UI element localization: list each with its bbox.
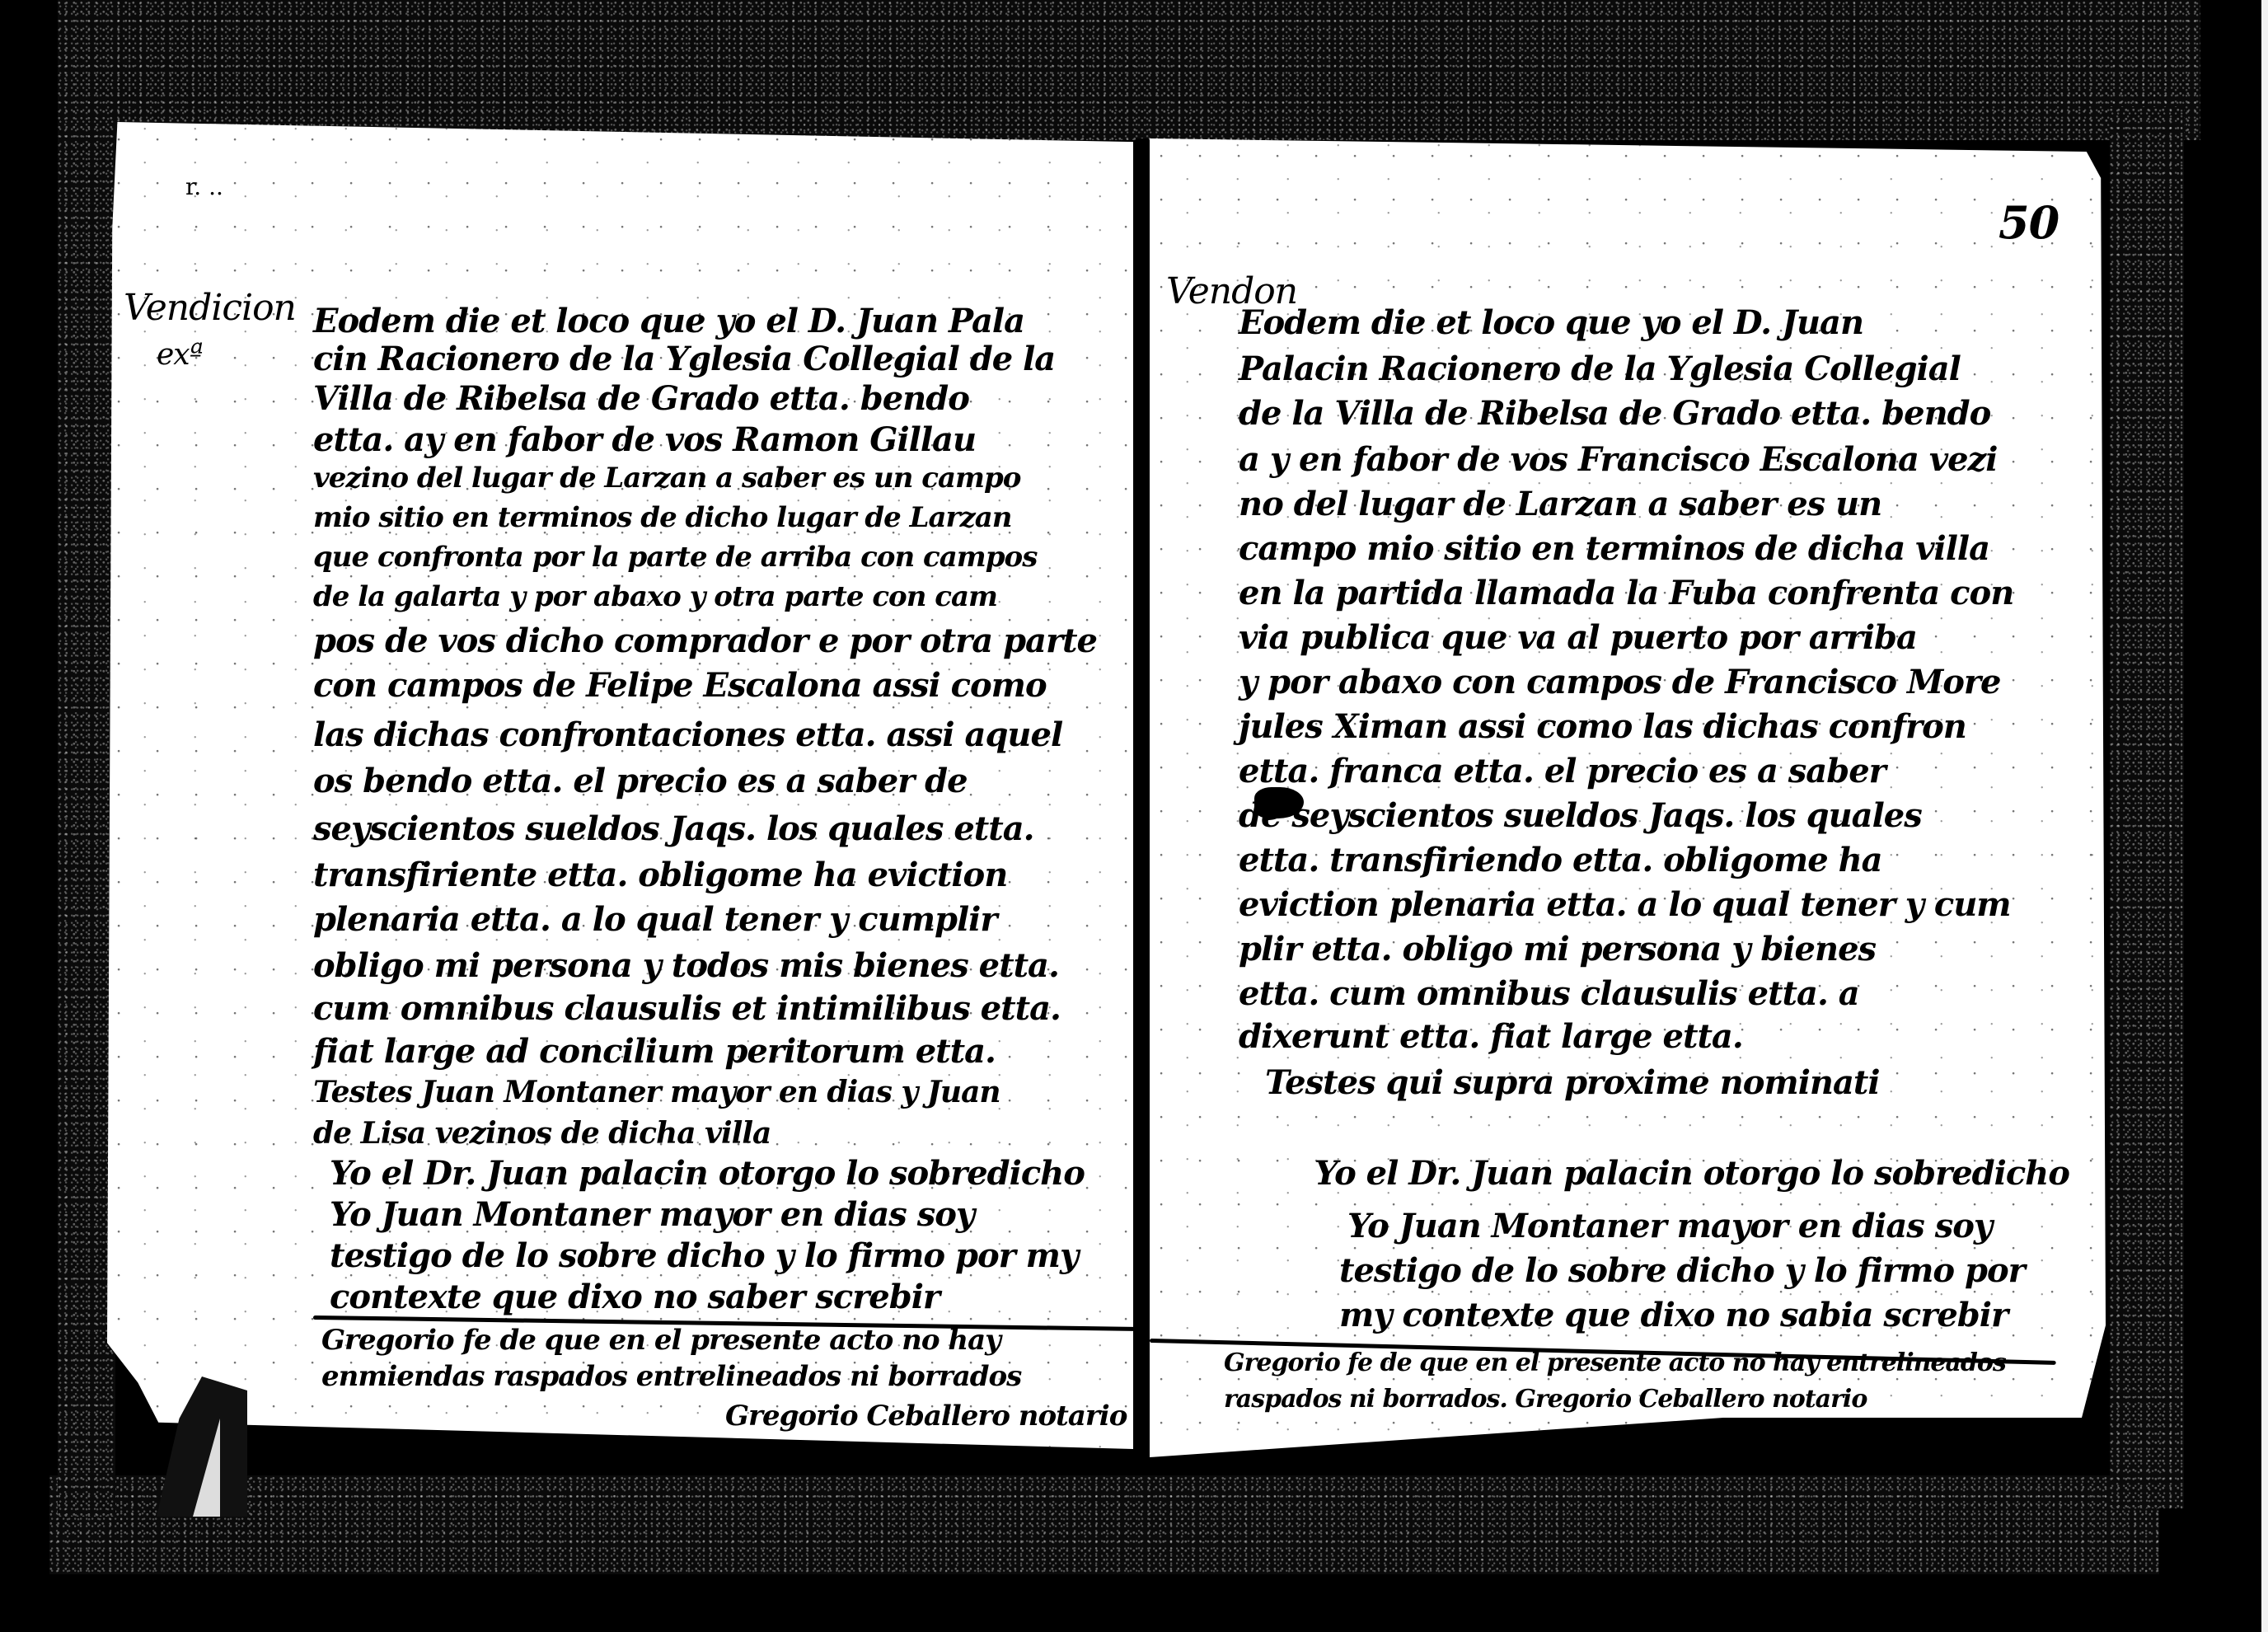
right-line-13: etta. transfiriendo etta. obligome ha (1239, 841, 1882, 879)
left-line-16: obligo mi persona y todos mis bienes ett… (313, 946, 1059, 985)
left-line-7: que confronta por la parte de arriba con… (313, 541, 1037, 574)
left-notary-signature: Gregorio Ceballero notario (725, 1400, 1127, 1433)
left-line-1: Eodem die et loco que yo el D. Juan Pala (313, 302, 1024, 340)
left-signature-2: Yo Juan Montaner mayor en dias soy (330, 1195, 974, 1234)
right-line-6: campo mio sitio en terminos de dicha vil… (1239, 529, 1989, 568)
left-page: r. .. Vendicion exª Eodem die et loco qu… (107, 122, 1133, 1449)
scan-border-bottom (49, 1475, 2159, 1574)
right-notary-2: raspados ni borrados. Gregorio Ceballero… (1224, 1385, 1867, 1414)
right-line-18: Testes qui supra proxime nominati (1265, 1063, 1880, 1102)
left-line-15: plenaria etta. a lo qual tener y cumplir (313, 900, 996, 939)
left-notary-1: Gregorio fe de que en el presente acto n… (321, 1324, 1000, 1357)
left-line-4: etta. ay en fabor de vos Ramon Gillau (313, 420, 976, 459)
left-signature-3: testigo de lo sobre dicho y lo firmo por… (330, 1236, 1078, 1275)
right-line-7: en la partida llamada la Fuba confrenta … (1239, 574, 2013, 612)
left-margin-note-vendicion: Vendicion (124, 287, 296, 329)
right-line-17: dixerunt etta. fiat large etta. (1239, 1017, 1743, 1056)
left-line-5: vezino del lugar de Larzan a saber es un… (313, 462, 1020, 495)
right-signature-1: Yo el Dr. Juan palacin otorgo lo sobredi… (1314, 1154, 2069, 1193)
left-line-11: las dichas confrontaciones etta. assi aq… (313, 715, 1062, 754)
right-line-8: via publica que va al puerto por arriba (1239, 618, 1917, 657)
right-line-12: de seyscientos sueldos Jaqs. los quales (1239, 796, 1922, 835)
scan-border-top (58, 0, 2200, 140)
left-line-20: de Lisa vezinos de dicha villa (313, 1116, 771, 1151)
left-line-3: Villa de Ribelsa de Grado etta. bendo (313, 379, 969, 418)
left-signature-1: Yo el Dr. Juan palacin otorgo lo sobredi… (330, 1154, 1085, 1193)
right-line-5: no del lugar de Larzan a saber es un (1239, 485, 1881, 523)
folio-number: 50 (1999, 196, 2059, 249)
left-line-9: pos de vos dicho comprador e por otra pa… (313, 621, 1097, 660)
scan-border-right (2110, 107, 2184, 1508)
left-line-17: cum omnibus clausulis et intimilibus ett… (313, 989, 1061, 1028)
right-line-3: de la Villa de Ribelsa de Grado etta. be… (1239, 394, 1990, 433)
right-signature-3: testigo de lo sobre dicho y lo firmo por (1339, 1251, 2025, 1290)
left-line-18: fiat large ad concilium peritorum etta. (313, 1032, 996, 1071)
right-notary-1: Gregorio fe de que en el presente acto n… (1224, 1348, 2006, 1377)
left-notary-2: enmiendas raspados entrelineados ni borr… (321, 1360, 1021, 1393)
left-line-10: con campos de Felipe Escalona assi como (313, 666, 1047, 705)
right-line-9: y por abaxo con campos de Francisco More (1239, 663, 2000, 701)
right-signature-2: Yo Juan Montaner mayor en dias soy (1347, 1207, 1992, 1245)
left-line-8: de la galarta y por abaxo y otra parte c… (313, 580, 997, 613)
right-line-15: plir etta. obligo mi persona y bienes (1239, 930, 1876, 968)
right-line-1: Eodem die et loco que yo el D. Juan (1239, 303, 1863, 342)
book-gutter (1136, 138, 1149, 1474)
right-line-11: etta. franca etta. el precio es a saber (1239, 752, 1886, 790)
left-line-14: transfiriente etta. obligome ha eviction (313, 856, 1007, 894)
left-line-13: seyscientos sueldos Jaqs. los quales ett… (313, 809, 1034, 848)
left-page-top-mark: r. .. (185, 173, 223, 200)
scan-edge-strip (2261, 0, 2268, 1632)
left-margin-note-ex: exª (157, 338, 203, 372)
left-line-2: cin Racionero de la Yglesia Collegial de… (313, 340, 1055, 378)
right-line-16: etta. cum omnibus clausulis etta. a (1239, 974, 1859, 1013)
right-signature-4: my contexte que dixo no sabia screbir (1339, 1296, 2008, 1334)
left-line-6: mio sitio en terminos de dicho lugar de … (313, 501, 1012, 534)
scan-border-left (58, 115, 115, 1517)
right-line-4: a y en fabor de vos Francisco Escalona v… (1239, 440, 1997, 479)
left-line-12: os bendo etta. el precio es a saber de (313, 762, 968, 800)
right-line-14: eviction plenaria etta. a lo qual tener … (1239, 885, 2011, 924)
right-line-2: Palacin Racionero de la Yglesia Collegia… (1239, 349, 1961, 388)
right-line-10: jules Ximan assi como las dichas confron (1239, 707, 1966, 746)
left-signature-4: contexte que dixo no saber screbir (330, 1278, 940, 1316)
left-line-19: Testes Juan Montaner mayor en dias y Jua… (313, 1075, 1000, 1109)
